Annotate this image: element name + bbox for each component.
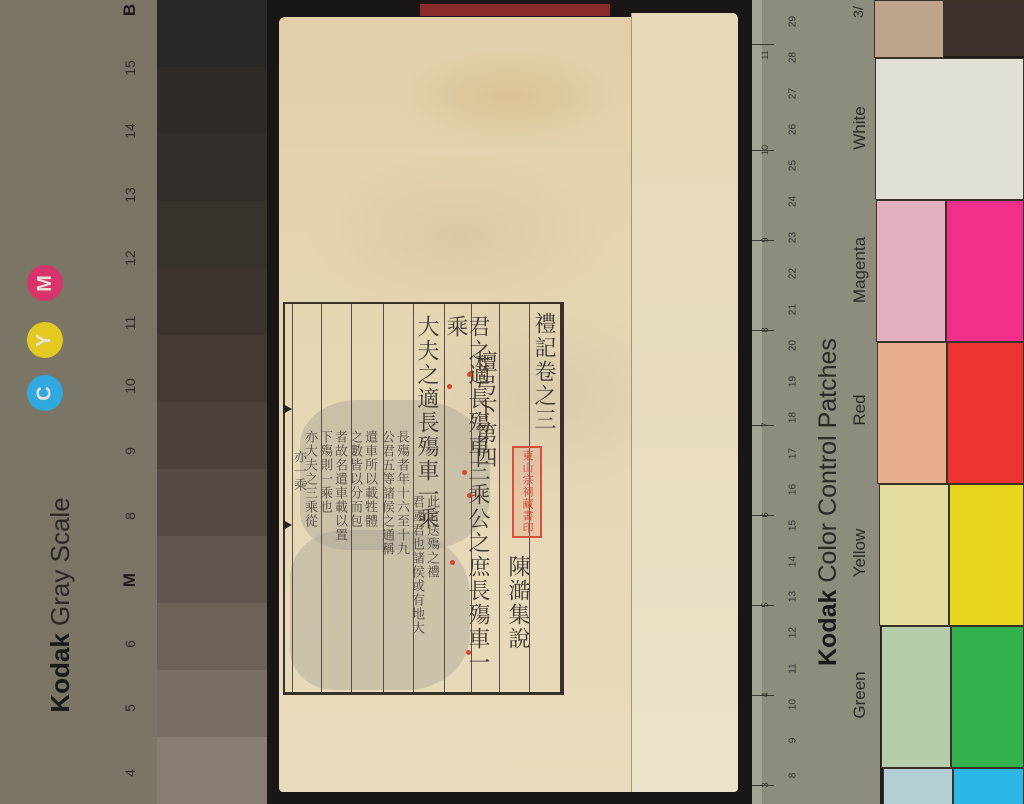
ruler-cm-label: 13 xyxy=(788,588,799,606)
ruler-cm-label: 10 xyxy=(788,696,799,714)
ruler-inch-label: 11 xyxy=(760,47,770,63)
ruler-inch-label: 3 xyxy=(760,777,770,793)
main-text-column: 君之適長殤車三乘公之庶長殤車一乘 xyxy=(444,315,488,690)
ruler-cm-label: 9 xyxy=(788,732,799,750)
gray-step-number: 6 xyxy=(122,632,138,656)
commentary-column: 者故名遣車載以置 xyxy=(333,430,346,542)
commentary-column: 下殤則一乘也 xyxy=(318,430,331,514)
punctuation-mark-icon xyxy=(462,470,467,475)
ruler-cm-label: 25 xyxy=(788,157,799,175)
patch-magenta xyxy=(946,200,1024,342)
yellow-dot-icon: Y xyxy=(27,322,63,358)
ruler-cm-label: 8 xyxy=(788,767,799,785)
patch-label-magenta: Magenta xyxy=(850,220,870,320)
punctuation-mark-icon xyxy=(450,560,455,565)
gray-step xyxy=(157,134,267,201)
gray-step-number: 4 xyxy=(122,761,138,785)
gray-scale-letter-b: B xyxy=(120,0,140,22)
gray-step-number: 13 xyxy=(122,183,138,207)
patch-label-red: Red xyxy=(850,360,870,460)
patch-magenta-light xyxy=(876,200,946,342)
author-line: 陳澔集說 xyxy=(506,555,528,651)
fish-tail-mark-icon xyxy=(283,520,292,530)
gray-step-number: 14 xyxy=(122,119,138,143)
patch-brown-dark xyxy=(944,0,1024,56)
gray-step-number: 10 xyxy=(122,374,138,398)
ruler-edge xyxy=(752,0,762,804)
ruler-cm-label: 17 xyxy=(788,445,799,463)
gray-scale-title: Kodak Gray Scale xyxy=(45,465,75,745)
ruler-cm-label: 23 xyxy=(788,229,799,247)
ruler-cm-label: 19 xyxy=(788,373,799,391)
commentary-column: 公君五等諸侯之通稱 xyxy=(380,430,393,556)
gray-step xyxy=(157,536,267,603)
commentary-column: 遣車所以載牲體 xyxy=(363,430,376,528)
ruler-cm-label: 28 xyxy=(788,49,799,67)
commentary-column: 亦一乘 xyxy=(292,450,305,492)
gray-step xyxy=(157,670,267,737)
gray-step xyxy=(157,335,267,402)
ruler-inch-label: 6 xyxy=(760,507,770,523)
patch-cyan xyxy=(953,768,1024,804)
cyan-dot-icon: C xyxy=(27,375,63,411)
gray-step-number: 8 xyxy=(122,504,138,528)
ruler-cm-label: 27 xyxy=(788,85,799,103)
gray-step-number: 12 xyxy=(122,246,138,270)
patch-white xyxy=(875,58,1024,200)
commentary-column: 此言送殤之禮 xyxy=(425,495,438,579)
commentary-column: 君國君也諸侯或有地大 xyxy=(410,495,423,635)
red-seal-stamp: 東山宗祠藏書印 xyxy=(512,446,542,538)
gray-step xyxy=(157,603,267,670)
gray-scale-steps xyxy=(157,0,267,804)
running-title: 禮記卷之三 xyxy=(532,312,554,432)
gray-step xyxy=(157,67,267,134)
patch-label-partial: 3/ xyxy=(850,0,870,52)
gray-step-number: 9 xyxy=(122,439,138,463)
gray-step xyxy=(157,402,267,469)
patch-cyan-light xyxy=(883,768,953,804)
ruler-inch-label: 8 xyxy=(760,322,770,338)
ruler-cm-label: 22 xyxy=(788,265,799,283)
ruler-cm-label: 16 xyxy=(788,481,799,499)
patch-label-green: Green xyxy=(850,645,870,745)
ruler-cm-label: 14 xyxy=(788,553,799,571)
gray-step xyxy=(157,469,267,536)
ruler-inch-label: 9 xyxy=(760,232,770,248)
ruler-cm-label: 11 xyxy=(788,660,799,678)
kodak-gray-scale-card: B 15 14 13 12 11 10 9 8 M 6 5 4 M Y C Ko… xyxy=(0,0,157,804)
commentary-column: 之數皆以分而包 xyxy=(348,430,361,528)
patch-red xyxy=(947,342,1024,484)
gray-step-letter-m: M xyxy=(120,568,140,592)
ruler-cm-label: 29 xyxy=(788,13,799,31)
magenta-dot-icon: M xyxy=(27,265,63,301)
gray-step xyxy=(157,201,267,268)
gray-step-number: 15 xyxy=(122,56,138,80)
gray-step xyxy=(157,268,267,335)
punctuation-mark-icon xyxy=(466,650,471,655)
ruler-cm-label: 26 xyxy=(788,121,799,139)
ruler-cm-label: 18 xyxy=(788,409,799,427)
book-cover-edge xyxy=(420,4,610,16)
patch-red-light xyxy=(877,342,947,484)
color-control-title: Kodak Color Control Patches xyxy=(814,366,846,666)
book-page-right xyxy=(631,13,738,792)
patch-label-yellow: Yellow xyxy=(850,503,870,603)
commentary-column: 長殤者年十六至十九 xyxy=(395,430,408,556)
patch-green-light xyxy=(881,626,951,768)
punctuation-mark-icon xyxy=(467,372,472,377)
patch-brown-light xyxy=(874,0,944,58)
punctuation-mark-icon xyxy=(447,384,452,389)
gray-step-number: 11 xyxy=(122,311,138,335)
ruler-inch-label: 4 xyxy=(760,687,770,703)
ruler-inch-label: 5 xyxy=(760,597,770,613)
patch-green xyxy=(951,626,1024,768)
gray-step xyxy=(157,0,267,67)
ruler-cm-label: 12 xyxy=(788,624,799,642)
ruler-cm-label: 15 xyxy=(788,517,799,535)
gray-step xyxy=(157,737,267,804)
fish-tail-mark-icon xyxy=(283,404,292,414)
ruler-cm-label: 24 xyxy=(788,193,799,211)
patch-label-white: White xyxy=(850,78,870,178)
patch-yellow-light xyxy=(879,484,949,626)
ruler-cm-label: 21 xyxy=(788,301,799,319)
ruler-cm-label: 20 xyxy=(788,337,799,355)
patch-yellow xyxy=(949,484,1024,626)
ruler-inch-label: 10 xyxy=(760,142,770,158)
ruler-inch-label: 7 xyxy=(760,417,770,433)
punctuation-mark-icon xyxy=(467,493,472,498)
gray-step-number: 5 xyxy=(122,696,138,720)
